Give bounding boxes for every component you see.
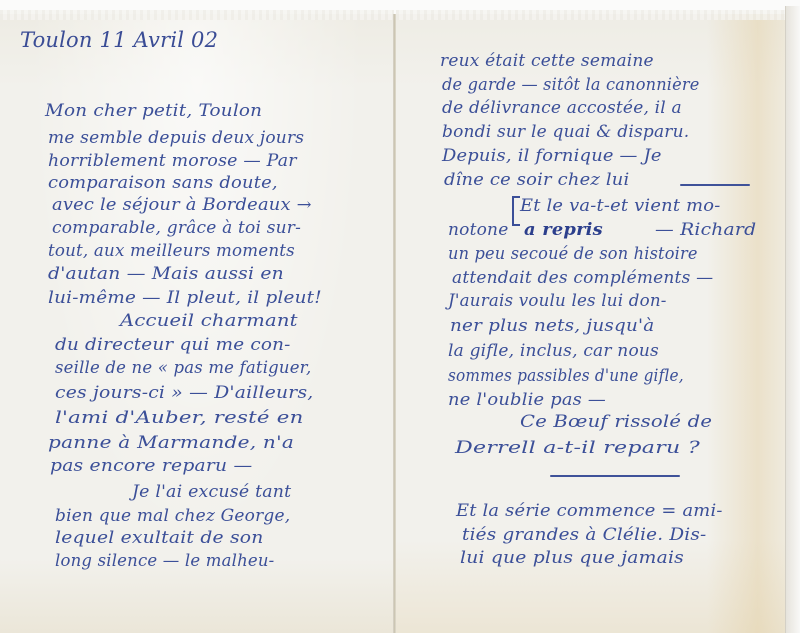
- letter-line: avec le séjour à Bordeaux →: [52, 197, 312, 214]
- letter-line: dîne ce soir chez lui: [444, 172, 629, 189]
- letter-line: de garde — sitôt la canonnière: [442, 77, 700, 94]
- emphasized-phrase: a repris: [524, 222, 603, 239]
- letter-line: ne l'oublie pas —: [448, 392, 606, 409]
- letter-line: du directeur qui me con-: [55, 337, 291, 354]
- torn-top-edge-right: [396, 10, 785, 20]
- letter-line: Et la série commence = ami-: [456, 503, 723, 520]
- section-divider: [550, 475, 680, 477]
- letter-line: sommes passibles d'une gifle,: [448, 368, 684, 385]
- letter-line: seille de ne « pas me fatiguer,: [55, 360, 311, 377]
- letter-line: comparable, grâce à toi sur-: [52, 220, 301, 237]
- letter-line: ces jours-ci » — D'ailleurs,: [55, 385, 313, 402]
- page-edge: [785, 6, 800, 633]
- letter-line: — Richard: [655, 222, 756, 239]
- bracket-mark: [512, 196, 520, 226]
- letter-line: notone: [448, 222, 508, 239]
- letter-line: Derrell a-t-il reparu ?: [455, 440, 700, 457]
- letter-line: un peu secoué de son histoire: [448, 246, 698, 263]
- letter-line: lequel exultait de son: [55, 530, 264, 547]
- letter-line: ner plus nets, jusqu'à: [450, 318, 654, 335]
- letter-line: Mon cher petit, Toulon: [45, 103, 262, 120]
- letter-line: long silence — le malheu-: [55, 553, 274, 570]
- letter-line: panne à Marmande, n'a: [48, 435, 294, 452]
- letter-line: de délivrance accostée, il a: [442, 100, 682, 117]
- letter-line: la gifle, inclus, car nous: [448, 343, 659, 360]
- letter-line: bondi sur le quai & disparu.: [442, 124, 689, 141]
- letter-line: pas encore reparu —: [50, 458, 252, 475]
- letter-line: attendait des compléments —: [452, 270, 713, 287]
- letter-line: d'autan — Mais aussi en: [48, 266, 284, 283]
- letter-line: comparaison sans doute,: [48, 175, 278, 192]
- letter-line: tout, aux meilleurs moments: [48, 243, 295, 260]
- letter-line: Accueil charmant: [120, 313, 298, 330]
- center-fold: [393, 14, 396, 633]
- letter-line: reux était cette semaine: [440, 53, 654, 70]
- letter-line: Et le va-t-et vient mo-: [520, 198, 720, 215]
- letter-line: Je l'ai excusé tant: [132, 484, 291, 501]
- letter-line: tiés grandes à Clélie. Dis-: [462, 527, 706, 544]
- letter-line: Depuis, il fornique — Je: [442, 148, 662, 165]
- torn-top-edge-left: [0, 10, 394, 20]
- letter-line: Ce Bœuf rissolé de: [520, 414, 712, 431]
- letter-line: bien que mal chez George,: [55, 508, 290, 525]
- letter-line: me semble depuis deux jours: [48, 130, 304, 147]
- letter-line: lui que plus que jamais: [460, 550, 684, 567]
- letter-line: J'aurais voulu les lui don-: [448, 293, 667, 310]
- letter-line: horriblement morose — Par: [48, 153, 297, 170]
- letter-line: lui-même — Il pleut, il pleut!: [48, 290, 322, 307]
- dateline: Toulon 11 Avril 02: [20, 30, 218, 51]
- underline-rule: [680, 184, 750, 186]
- letter-line: l'ami d'Auber, resté en: [55, 410, 304, 427]
